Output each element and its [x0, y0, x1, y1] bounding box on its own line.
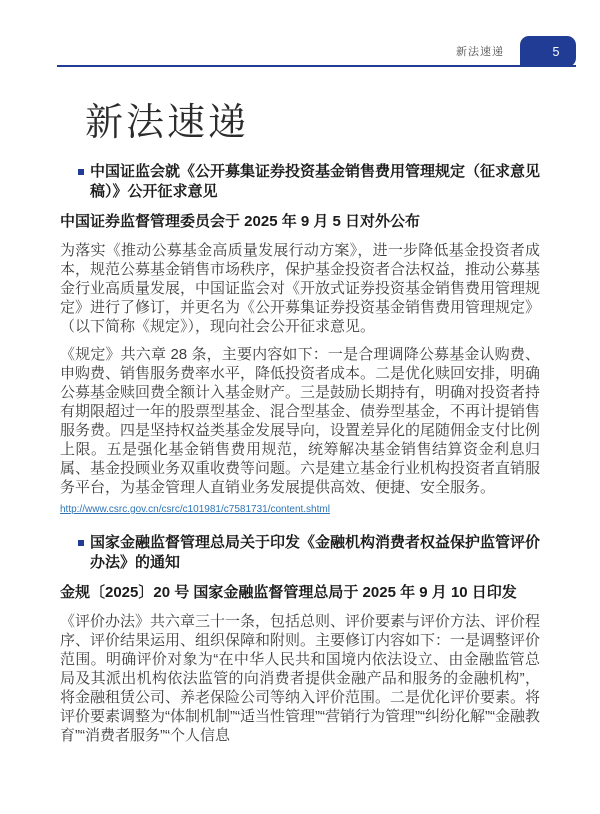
square-bullet-icon: [78, 169, 84, 175]
running-header-title: 新法速递: [456, 43, 504, 65]
content-column: 新法速递 中国证监会就《公开募集证券投资基金销售费用管理规定（征求意见稿）》公开…: [60, 100, 540, 745]
body-paragraph: 为落实《推动公募基金高质量发展行动方案》，进一步降低基金投资者成本，规范公募基金…: [60, 241, 540, 336]
section-csrc: 中国证监会就《公开募集证券投资基金销售费用管理规定（征求意见稿）》公开征求意见 …: [60, 162, 540, 517]
page-header: 新法速递 5: [57, 36, 576, 67]
page-number-tab: 5: [520, 36, 576, 67]
section-nfra: 国家金融监督管理总局关于印发《金融机构消费者权益保护监管评价办法》的通知 金规〔…: [60, 533, 540, 745]
document-page: 新法速递 5 新法速递 中国证监会就《公开募集证券投资基金销售费用管理规定（征求…: [0, 0, 600, 814]
section-subheading: 金规〔2025〕20 号 国家金融监督管理总局于 2025 年 9 月 10 日…: [60, 583, 540, 603]
page-title: 新法速递: [85, 100, 540, 146]
square-bullet-icon: [78, 540, 84, 546]
body-paragraph: 《评价办法》共六章三十一条，包括总则、评价要素与评价方法、评价程序、评价结果运用…: [60, 612, 540, 745]
section-heading: 国家金融监督管理总局关于印发《金融机构消费者权益保护监管评价办法》的通知: [90, 533, 540, 573]
body-paragraph: 《规定》共六章 28 条，主要内容如下：一是合理调降公募基金认购费、申购费、销售…: [60, 345, 540, 497]
section-heading: 中国证监会就《公开募集证券投资基金销售费用管理规定（征求意见稿）》公开征求意见: [90, 162, 540, 202]
section-subheading: 中国证券监督管理委员会于 2025 年 9 月 5 日对外公布: [60, 212, 540, 232]
source-link[interactable]: http://www.csrc.gov.cn/csrc/c101981/c758…: [60, 504, 330, 515]
section-heading-row: 国家金融监督管理总局关于印发《金融机构消费者权益保护监管评价办法》的通知: [78, 533, 540, 573]
page-number: 5: [553, 45, 560, 59]
section-heading-row: 中国证监会就《公开募集证券投资基金销售费用管理规定（征求意见稿）》公开征求意见: [78, 162, 540, 202]
